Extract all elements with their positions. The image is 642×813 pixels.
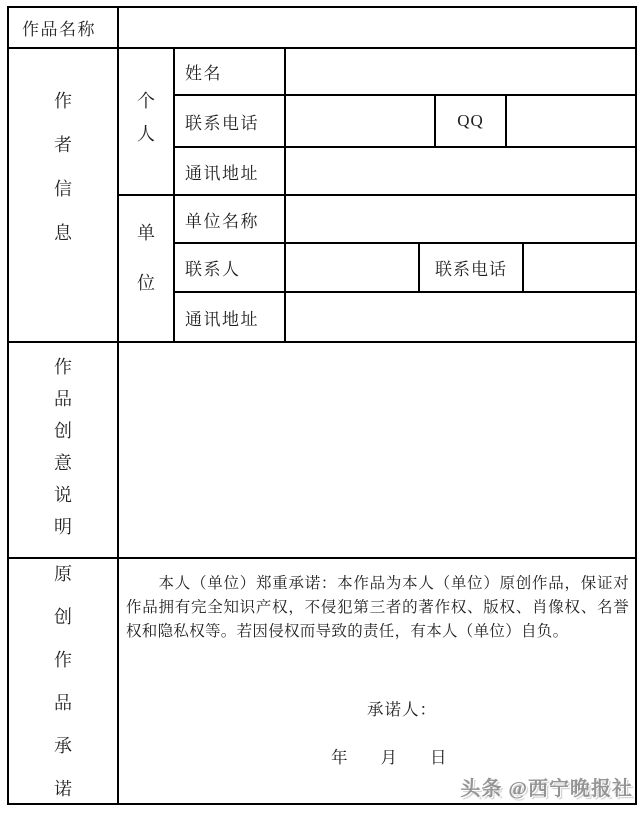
vertical-label-char: 息: [54, 223, 72, 243]
vertical-label-char: 承: [54, 736, 72, 756]
vertical-label-char: 信: [54, 179, 72, 199]
org-phone-label: 联系电话: [419, 243, 523, 292]
org-phone-input-cell[interactable]: [523, 243, 636, 292]
pledge-row: 原创作品承诺 本人（单位）郑重承诺：本作品为本人（单位）原创作品，保证对作品拥有…: [8, 558, 636, 804]
personal-name-label: 姓名: [174, 48, 285, 95]
date-day-label: 日: [430, 744, 447, 768]
submission-form-table: 作品名称 作者信息 个人 姓名 联系电话 QQ 通讯地址: [7, 6, 637, 805]
org-name-label: 单位名称: [174, 195, 285, 243]
vertical-label-char: 诺: [54, 779, 72, 799]
org-address-label: 通讯地址: [174, 292, 285, 342]
author-info-section-cell: 作者信息: [8, 48, 118, 342]
vertical-label-char: 人: [137, 124, 155, 144]
vertical-label-char: 品: [54, 389, 72, 409]
creative-desc-row: 作品创意说明: [8, 342, 636, 558]
form-document-page: 作品名称 作者信息 个人 姓名 联系电话 QQ 通讯地址: [0, 0, 642, 813]
creative-desc-input-cell[interactable]: [118, 342, 636, 558]
work-name-label: 作品名称: [8, 7, 118, 48]
org-contact-input-cell[interactable]: [285, 243, 419, 292]
vertical-label-char: 说: [54, 485, 72, 505]
creative-desc-section-cell: 作品创意说明: [8, 342, 118, 558]
vertical-label-char: 者: [54, 135, 72, 155]
pledge-signer-label: 承诺人：: [367, 696, 635, 720]
organization-group-cell: 单位: [118, 195, 174, 342]
author-info-section-label: 作者信息: [9, 91, 117, 243]
creative-desc-section-label: 作品创意说明: [9, 357, 117, 537]
personal-address-input-cell[interactable]: [285, 147, 636, 195]
work-name-row: 作品名称: [8, 7, 636, 48]
toutiao-watermark: 头条 @西宁晚报社: [460, 772, 633, 801]
organization-group-label: 单位: [119, 223, 173, 293]
pledge-statement: 本人（单位）郑重承诺：本作品为本人（单位）原创作品，保证对作品拥有完全知识产权，…: [126, 572, 629, 644]
vertical-label-char: 明: [54, 517, 72, 537]
personal-name-row: 作者信息 个人 姓名: [8, 48, 636, 95]
date-year-label: 年: [331, 744, 348, 768]
pledge-content-cell: 本人（单位）郑重承诺：本作品为本人（单位）原创作品，保证对作品拥有完全知识产权，…: [118, 558, 636, 804]
org-name-input-cell[interactable]: [285, 195, 636, 243]
personal-phone-label: 联系电话: [174, 95, 285, 147]
qq-label: QQ: [435, 95, 506, 147]
vertical-label-char: 个: [137, 91, 155, 111]
vertical-label-char: 创: [54, 421, 72, 441]
vertical-label-char: 作: [54, 91, 72, 111]
vertical-label-char: 单: [137, 223, 155, 243]
personal-group-label: 个人: [119, 91, 173, 144]
org-address-input-cell[interactable]: [285, 292, 636, 342]
personal-name-input-cell[interactable]: [285, 48, 636, 95]
vertical-label-char: 作: [54, 650, 72, 670]
org-contact-label: 联系人: [174, 243, 285, 292]
pledge-section-cell: 原创作品承诺: [8, 558, 118, 804]
vertical-label-char: 位: [137, 273, 155, 293]
vertical-label-char: 作: [54, 357, 72, 377]
personal-qq-input-cell[interactable]: [506, 95, 636, 147]
personal-address-label: 通讯地址: [174, 147, 285, 195]
work-name-input-cell[interactable]: [118, 7, 636, 48]
vertical-label-char: 意: [54, 453, 72, 473]
personal-phone-input-cell[interactable]: [285, 95, 435, 147]
pledge-date-line: 年 月 日: [331, 744, 635, 768]
vertical-label-char: 品: [54, 693, 72, 713]
vertical-label-char: 创: [54, 607, 72, 627]
personal-group-cell: 个人: [118, 48, 174, 195]
pledge-section-label: 原创作品承诺: [9, 564, 117, 799]
vertical-label-char: 原: [54, 564, 72, 584]
date-month-label: 月: [381, 744, 398, 768]
